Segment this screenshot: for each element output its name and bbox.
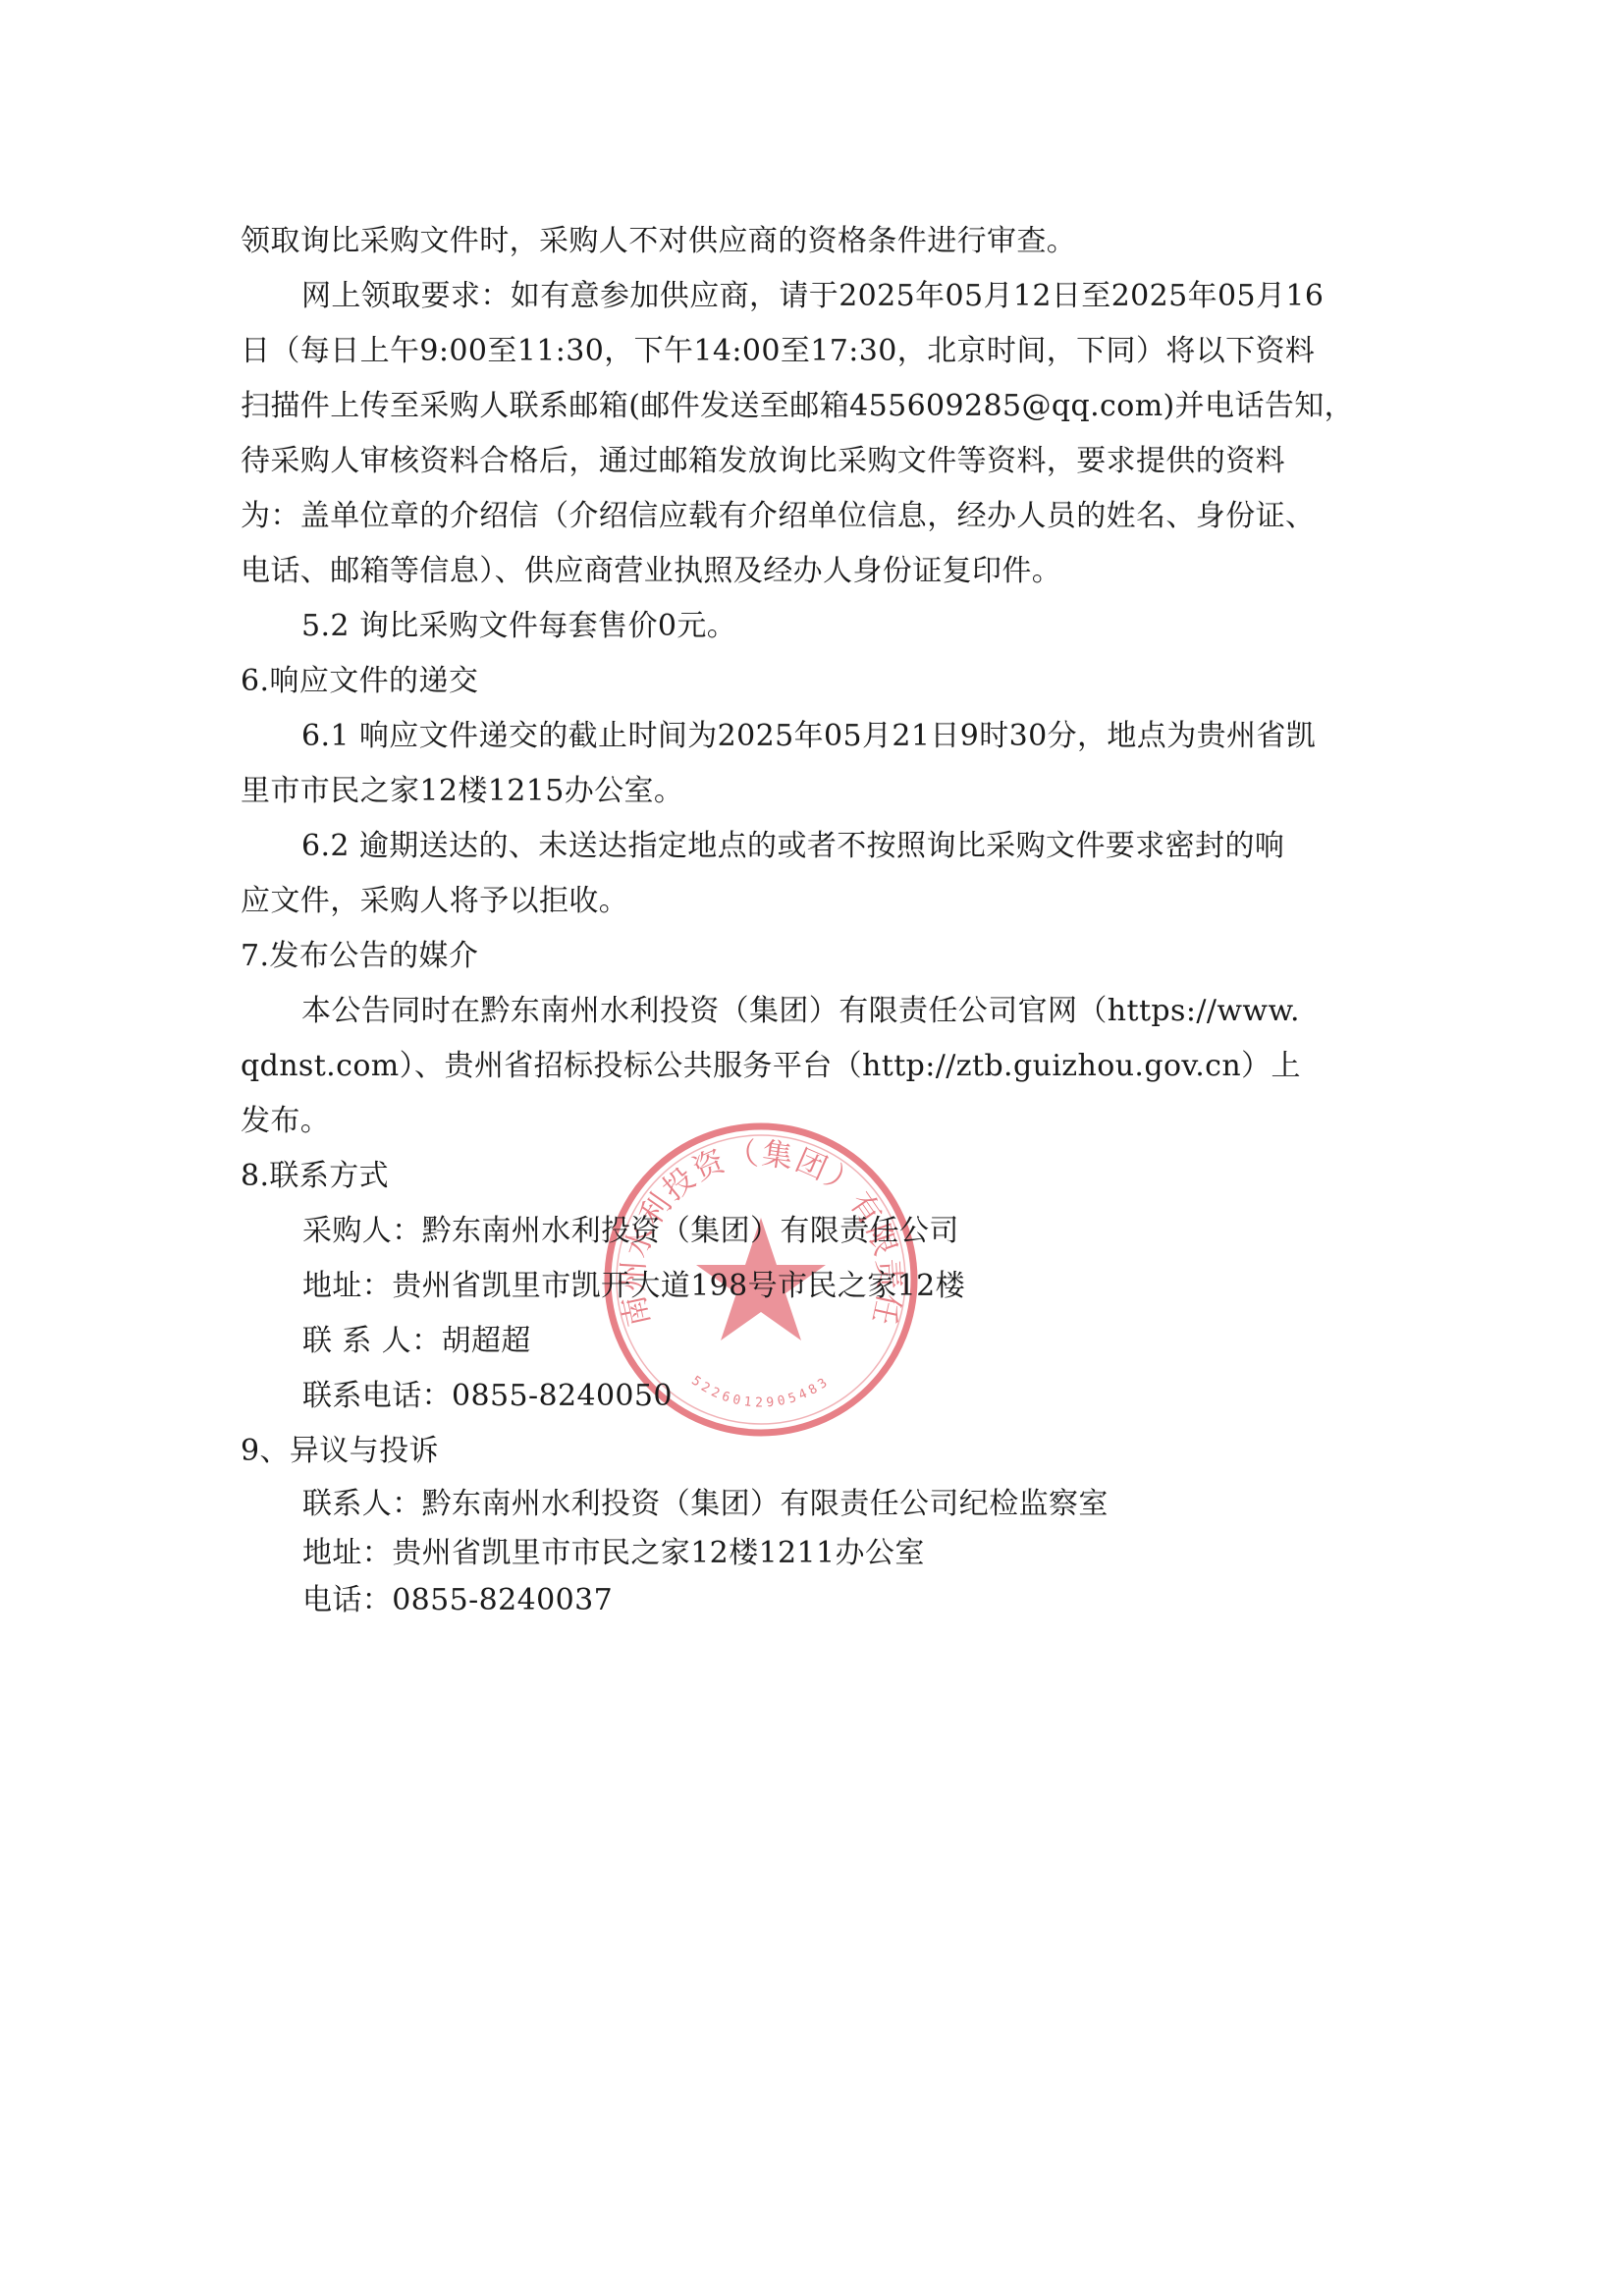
paragraph-line: 电话、邮箱等信息）、供应商营业执照及经办人身份证复印件。: [241, 544, 1370, 599]
item-6-1: 6.1 响应文件递交的截止时间为2025年05月21日9时30分，地点为贵州省凯…: [241, 709, 1370, 819]
paragraph-line: 里市市民之家12楼1215办公室。: [241, 764, 1370, 819]
section-6-heading: 6.响应文件的递交: [241, 654, 1370, 709]
complaint-contact-line: 联系人：黔东南州水利投资（集团）有限责任公司纪检监察室: [241, 1479, 1370, 1530]
paragraph-line-email: 扫描件上传至采购人联系邮箱(邮件发送至邮箱455609285@qq.com)并电…: [241, 379, 1370, 434]
paragraph-line: 6.1 响应文件递交的截止时间为2025年05月21日9时30分，地点为贵州省凯: [241, 709, 1370, 764]
paragraph-line: 为：盖单位章的介绍信（介绍信应载有介绍单位信息，经办人员的姓名、身份证、: [241, 489, 1370, 544]
document-page: 黔东南州水利投资（集团）有限责任公司 5226012905483 领取询比采购文…: [0, 0, 1623, 2296]
intro-line: 领取询比采购文件时，采购人不对供应商的资格条件进行审查。: [241, 214, 1370, 269]
purchaser-line: 采购人：黔东南州水利投资（集团）有限责任公司: [241, 1204, 1370, 1259]
paragraph-line: 网上领取要求：如有意参加供应商，请于2025年05月12日至2025年05月16: [241, 269, 1370, 324]
paragraph-line: 日（每日上午9:00至11:30，下午14:00至17:30，北京时间，下同）将…: [241, 324, 1370, 379]
item-5-2: 5.2 询比采购文件每套售价0元。: [241, 599, 1370, 654]
complaint-phone-line: 电话：0855-8240037: [241, 1577, 1370, 1624]
paragraph-line: 发布。: [241, 1094, 1370, 1149]
section-7-body: 本公告同时在黔东南州水利投资（集团）有限责任公司官网（https://www. …: [241, 984, 1370, 1149]
section-9-heading: 9、异议与投诉: [241, 1424, 1370, 1479]
paragraph-line: 待采购人审核资料合格后，通过邮箱发放询比采购文件等资料，要求提供的资料: [241, 434, 1370, 489]
paragraph-line: 6.2 逾期送达的、未送达指定地点的或者不按照询比采购文件要求密封的响: [241, 819, 1370, 874]
section-8-heading: 8.联系方式: [241, 1149, 1370, 1204]
paragraph-line-website: 本公告同时在黔东南州水利投资（集团）有限责任公司官网（https://www.: [241, 984, 1370, 1039]
online-pickup-paragraph: 网上领取要求：如有意参加供应商，请于2025年05月12日至2025年05月16…: [241, 269, 1370, 599]
paragraph-line: 应文件，采购人将予以拒收。: [241, 874, 1370, 929]
document-body: 领取询比采购文件时，采购人不对供应商的资格条件进行审查。 网上领取要求：如有意参…: [241, 214, 1370, 1624]
complaint-address-line: 地址：贵州省凯里市市民之家12楼1211办公室: [241, 1530, 1370, 1577]
paragraph-line-platform: qdnst.com）、贵州省招标投标公共服务平台（http://ztb.guiz…: [241, 1039, 1370, 1094]
item-6-2: 6.2 逾期送达的、未送达指定地点的或者不按照询比采购文件要求密封的响 应文件，…: [241, 819, 1370, 929]
address-line: 地址：贵州省凯里市凯开大道198号市民之家12楼: [241, 1259, 1370, 1314]
section-7-heading: 7.发布公告的媒介: [241, 929, 1370, 984]
contact-phone-line: 联系电话：0855-8240050: [241, 1369, 1370, 1424]
contact-person-line: 联 系 人：胡超超: [241, 1314, 1370, 1369]
